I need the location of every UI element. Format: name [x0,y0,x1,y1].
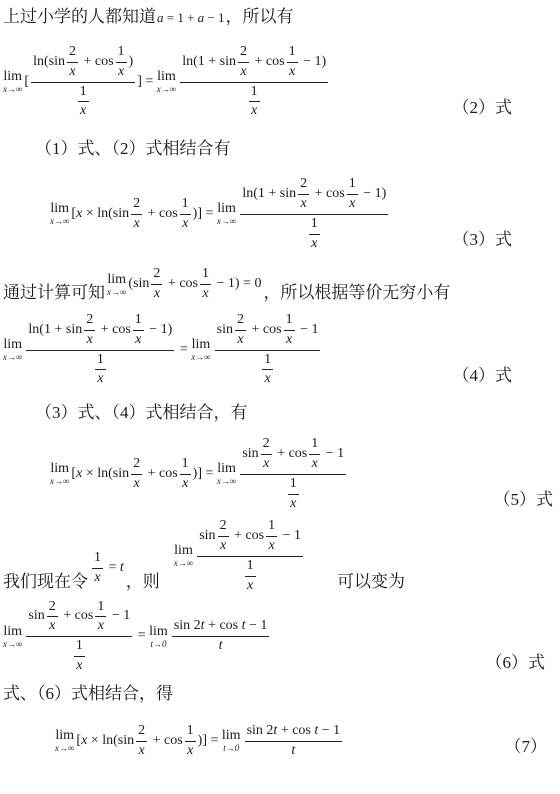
inline-formula-inverse-x: 1x = t [90,550,124,587]
formula-6: limx→∞sin2x + cos1x − 11x = limt→0sin 2t… [3,599,271,675]
equation-label-3: （3）式 [453,228,513,252]
equation-row-2: limx→∞[ln(sin2x + cos1x)1x] = limx→∞ln(1… [0,44,560,120]
combine-3-4-text: （3）式、（4）式相结合，有 [35,403,248,422]
equation-row-3: limx→∞[x × ln(sin2x + cos1x)] = limx→∞ln… [0,176,560,252]
inline-formula-a-identity: a = 1 + a − 1 [157,10,225,26]
limit-zero-text-pre: 通过计算可知 [3,280,105,306]
substitution-text-mid: ，则 [126,569,160,595]
formula-4: limx→∞ln(1 + sin2x + cos1x − 1)1x = limx… [3,312,322,388]
paragraph-combine-1-2: （1）式、（2）式相结合有 [35,136,560,162]
formula-2: limx→∞[ln(sin2x + cos1x)1x] = limx→∞ln(1… [3,44,330,120]
document-page: 上过小学的人都知道a = 1 + a − 1，所以有 limx→∞[ln(sin… [0,0,560,794]
substitution-text-pre: 我们现在令 [3,569,88,595]
combine-1-2-text: （1）式、（2）式相结合有 [35,139,231,158]
equation-label-4: （4）式 [453,364,513,388]
equation-label-7: （7） [505,735,548,759]
equation-row-4: limx→∞ln(1 + sin2x + cos1x − 1)1x = limx… [0,312,560,388]
intro-text-pre: 上过小学的人都知道 [3,7,156,26]
equation-label-2: （2）式 [453,96,513,120]
paragraph-combine-5-6: 式、（6）式相结合，得 [3,681,560,707]
combine-5-6-text: 式、（6）式相结合，得 [3,684,173,703]
equation-row-5: limx→∞[x × ln(sin2x + cos1x)] = limx→∞si… [0,436,560,512]
equation-row-6: limx→∞sin2x + cos1x − 11x = limt→0sin 2t… [0,599,560,675]
substitution-text-post: 可以变为 [337,569,405,595]
inline-formula-limit-fraction: limx→∞sin2x + cos1x − 11x [174,518,305,594]
formula-5: limx→∞[x × ln(sin2x + cos1x)] = limx→∞si… [50,436,348,512]
intro-text-post: ，所以有 [226,7,294,26]
formula-3: limx→∞[x × ln(sin2x + cos1x)] = limx→∞ln… [50,176,390,252]
equation-label-5: （5）式 [494,488,554,512]
paragraph-combine-3-4: （3）式、（4）式相结合，有 [35,400,560,426]
equation-row-7: limx→∞[x × ln(sin2x + cos1x)] = limt→0si… [0,723,560,760]
paragraph-limit-zero: 通过计算可知 limx→∞(sin2x + cos1x − 1) = 0 ，所以… [3,266,560,306]
formula-7: limx→∞[x × ln(sin2x + cos1x)] = limt→0si… [55,723,344,760]
inline-formula-limit-zero: limx→∞(sin2x + cos1x − 1) = 0 [107,266,261,303]
limit-zero-text-post: ，所以根据等价无穷小有 [263,280,450,306]
equation-label-6: （6）式 [486,651,546,675]
paragraph-substitution: 我们现在令 1x = t ，则 limx→∞sin2x + cos1x − 11… [3,518,560,594]
paragraph-intro: 上过小学的人都知道a = 1 + a − 1，所以有 [3,4,560,30]
